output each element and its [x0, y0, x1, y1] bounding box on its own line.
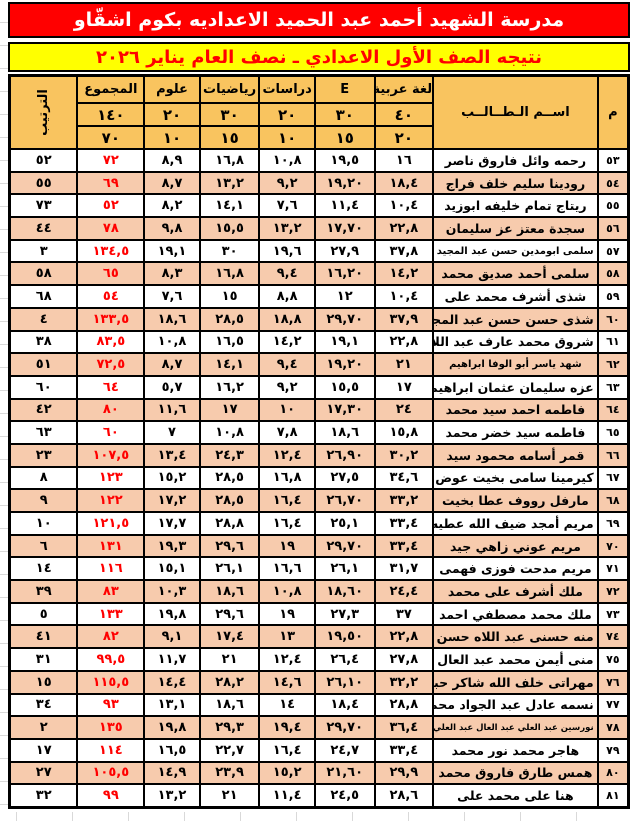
english-mark-cell: ١٩,٢٠: [315, 353, 375, 376]
column-header-studies: دراسات: [259, 76, 315, 104]
science-mark-cell: ١٩,٣: [144, 535, 200, 558]
english-mark-cell: ٢٦,١: [315, 557, 375, 580]
math-mark-cell: ١٨,٦: [200, 580, 260, 603]
science-mark-cell: ١١,٦: [144, 399, 200, 422]
english-mark-cell: ١٩,٥: [315, 149, 375, 172]
serial-cell: ٥٨: [598, 262, 629, 285]
arabic-mark-cell: ٢١: [375, 353, 434, 376]
science-mark-cell: ٨,٩: [144, 149, 200, 172]
science-mark-cell: ١٥,٢: [144, 467, 200, 490]
serial-cell: ٥٤: [598, 172, 629, 195]
math-mark-cell: ٢٨,٥: [200, 467, 260, 490]
studies-mark-cell: ١٦,٦: [259, 557, 315, 580]
student-name-cell: همس طارق فاروق محمد: [433, 762, 598, 785]
arabic-mark-cell: ٣٣,٤: [375, 739, 434, 762]
english-mark-cell: ١٢: [315, 285, 375, 308]
math-mark-cell: ١٦,٨: [200, 262, 260, 285]
science-mark-cell: ١٣,٤: [144, 444, 200, 467]
science-mark-cell: ٧,٦: [144, 285, 200, 308]
science-mark-cell: ١٤,٩: [144, 762, 200, 785]
rank-cell: ٢٧: [10, 762, 78, 785]
rank-cell: ٣٩: [10, 580, 78, 603]
math-mark-cell: ٢٨,٥: [200, 489, 260, 512]
serial-cell: ٦٤: [598, 399, 629, 422]
student-name-cell: ريتاج تمام خليفه ابوزيد: [433, 194, 598, 217]
total-cell: ١١٥,٥: [77, 671, 144, 694]
table-row: ٧٩ هاجر محمد نور محمد ٣٣,٤ ٢٤,٧ ١٦,٤ ٢٢,…: [10, 739, 629, 762]
student-name-cell: منه حسنى عبد اللاه حسن: [433, 625, 598, 648]
science-mark-cell: ١٠,٣: [144, 580, 200, 603]
table-row: ٧٥ منى أيمن محمد عبد العال ٢٧,٨ ٢٦,٤ ١٢,…: [10, 648, 629, 671]
math-mark-cell: ٢٨,٥: [200, 308, 260, 331]
excel-gridline-gutter: [0, 0, 8, 821]
studies-mark-cell: ١٠,٨: [259, 580, 315, 603]
studies-mark-cell: ٨,٨: [259, 285, 315, 308]
table-row: ٨١ هنا على محمد على ٢٨,٦ ٢٤,٥ ١١,٤ ٢١ ١٣…: [10, 784, 629, 807]
column-header-serial: م: [598, 76, 629, 150]
student-name-cell: شذى أشرف محمد على: [433, 285, 598, 308]
arabic-mark-cell: ٢٢,٨: [375, 217, 434, 240]
half-mark-studies: ١٠: [259, 126, 315, 149]
studies-mark-cell: ١٥,٢: [259, 762, 315, 785]
serial-cell: ٥٥: [598, 194, 629, 217]
serial-cell: ٦٧: [598, 467, 629, 490]
total-cell: ٩٣: [77, 694, 144, 717]
english-mark-cell: ٢١,٦٠: [315, 762, 375, 785]
studies-mark-cell: ١٩: [259, 603, 315, 626]
school-title: مدرسة الشهيد أحمد عبد الحميد الاعداديه ب…: [74, 9, 564, 31]
rank-cell: ٢: [10, 716, 78, 739]
math-mark-cell: ٢٩,٣: [200, 716, 260, 739]
english-mark-cell: ١١,٤: [315, 194, 375, 217]
math-mark-cell: ٢٩,٦: [200, 535, 260, 558]
student-name-cell: عزه سليمان عثمان ابراهيم: [433, 376, 598, 399]
column-header-arabic: لغة عربية: [375, 76, 434, 104]
english-mark-cell: ٢٦,١٠: [315, 671, 375, 694]
serial-cell: ٧٤: [598, 625, 629, 648]
studies-mark-cell: ١٣: [259, 625, 315, 648]
studies-mark-cell: ١٢,٤: [259, 648, 315, 671]
full-mark-science: ٢٠: [144, 103, 200, 126]
english-mark-cell: ١٨,٦: [315, 421, 375, 444]
arabic-mark-cell: ٢٢,٨: [375, 625, 434, 648]
math-mark-cell: ٢٨,٢: [200, 671, 260, 694]
english-mark-cell: ٢٥,١: [315, 512, 375, 535]
excel-gridline-footer: [8, 812, 632, 821]
english-mark-cell: ١٩,١: [315, 331, 375, 354]
math-mark-cell: ١٣,٢: [200, 172, 260, 195]
serial-cell: ٧٧: [598, 694, 629, 717]
serial-cell: ٦٥: [598, 421, 629, 444]
math-mark-cell: ٢٤,٣: [200, 444, 260, 467]
student-name-cell: منى أيمن محمد عبد العال: [433, 648, 598, 671]
serial-cell: ٧١: [598, 557, 629, 580]
total-cell: ٦٠: [77, 421, 144, 444]
rank-vertical-label: الترتيب: [36, 89, 51, 136]
arabic-mark-cell: ٢٢,٨: [375, 331, 434, 354]
table-row: ٦١ شروق محمد عارف عبد اللاه ٢٢,٨ ١٩,١ ١٤…: [10, 331, 629, 354]
table-row: ٧٦ مهراتى خلف الله شاكر حبيب ٣٢,٢ ٢٦,١٠ …: [10, 671, 629, 694]
arabic-mark-cell: ٢٨,٦: [375, 784, 434, 807]
student-name-cell: سلمى أحمد صديق محمد: [433, 262, 598, 285]
half-mark-science: ١٠: [144, 126, 200, 149]
english-mark-cell: ٢٤,٥: [315, 784, 375, 807]
math-mark-cell: ١٠,٨: [200, 421, 260, 444]
student-name-cell: ملك محمد مصطفي احمد: [433, 603, 598, 626]
full-mark-arabic: ٤٠: [375, 103, 434, 126]
serial-cell: ٧٠: [598, 535, 629, 558]
table-row: ٥٦ سجدة معتز عز سليمان ٢٢,٨ ١٧,٧٠ ١٣,٢ ١…: [10, 217, 629, 240]
student-name-cell: سلمى ابومدين حسن عبد المجيد: [433, 240, 598, 263]
table-header: م اســم الـطــالــب لغة عربية E دراسات ر…: [10, 76, 629, 150]
full-mark-total: ١٤٠: [77, 103, 144, 126]
science-mark-cell: ١٧,٢: [144, 489, 200, 512]
arabic-mark-cell: ٢٨,٨: [375, 694, 434, 717]
table-row: ٨٠ همس طارق فاروق محمد ٢٩,٩ ٢١,٦٠ ١٥,٢ ٢…: [10, 762, 629, 785]
total-cell: ٦٩: [77, 172, 144, 195]
english-mark-cell: ٢٩,٧٠: [315, 716, 375, 739]
student-name-cell: نسمه عادل عبد الجواد محمد: [433, 694, 598, 717]
table-row: ٧٨ نورسين عبد العلي عبد العال عبد العلي …: [10, 716, 629, 739]
science-mark-cell: ٨,٢: [144, 194, 200, 217]
arabic-mark-cell: ١٦: [375, 149, 434, 172]
science-mark-cell: ١٥,١: [144, 557, 200, 580]
arabic-mark-cell: ١٨,٤: [375, 172, 434, 195]
total-cell: ٥٢: [77, 194, 144, 217]
science-mark-cell: ١٧,٧: [144, 512, 200, 535]
english-mark-cell: ١٦,٢٠: [315, 262, 375, 285]
table-row: ٥٧ سلمى ابومدين حسن عبد المجيد ٣٧,٨ ٢٧,٩…: [10, 240, 629, 263]
student-name-cell: مريم مدحت فوزى فهمى: [433, 557, 598, 580]
total-cell: ١٣١: [77, 535, 144, 558]
science-mark-cell: ١٩,٨: [144, 603, 200, 626]
serial-cell: ٦٠: [598, 308, 629, 331]
full-mark-math: ٣٠: [200, 103, 260, 126]
studies-mark-cell: ١٠,٨: [259, 149, 315, 172]
serial-cell: ٧٩: [598, 739, 629, 762]
result-subtitle-banner: نتيجه الصف الأول الاعدادي ـ نصف العام ين…: [8, 42, 630, 72]
total-cell: ١٢١,٥: [77, 512, 144, 535]
total-cell: ١٣٥: [77, 716, 144, 739]
results-table: م اســم الـطــالــب لغة عربية E دراسات ر…: [8, 74, 630, 809]
english-mark-cell: ٢٩,٧٠: [315, 308, 375, 331]
table-row: ٦٤ فاطمه احمد سيد محمد ٢٤ ١٧,٣٠ ١٠ ١٧ ١١…: [10, 399, 629, 422]
arabic-mark-cell: ٢٩,٩: [375, 762, 434, 785]
total-cell: ١٣٤,٥: [77, 240, 144, 263]
science-mark-cell: ١١,٧: [144, 648, 200, 671]
arabic-mark-cell: ١٧: [375, 376, 434, 399]
total-cell: ١١٤: [77, 739, 144, 762]
total-cell: ٨٣: [77, 580, 144, 603]
table-row: ٦٨ مارفل رووف عطا بخيت ٣٣,٢ ٢٦,٧٠ ١٦,٤ ٢…: [10, 489, 629, 512]
arabic-mark-cell: ٢٤: [375, 399, 434, 422]
math-mark-cell: ٢١: [200, 784, 260, 807]
studies-mark-cell: ١٩,٤: [259, 716, 315, 739]
rank-cell: ٦٨: [10, 285, 78, 308]
science-mark-cell: ٧: [144, 421, 200, 444]
total-cell: ٨٠: [77, 399, 144, 422]
serial-cell: ٦٢: [598, 353, 629, 376]
math-mark-cell: ٣٠: [200, 240, 260, 263]
total-cell: ١٣٣: [77, 603, 144, 626]
arabic-mark-cell: ١٠,٤: [375, 194, 434, 217]
studies-mark-cell: ١٤,٢: [259, 331, 315, 354]
student-name-cell: رحمه وائل فاروق ناصر: [433, 149, 598, 172]
table-row: ٥٣ رحمه وائل فاروق ناصر ١٦ ١٩,٥ ١٠,٨ ١٦,…: [10, 149, 629, 172]
math-mark-cell: ١٦,٥: [200, 331, 260, 354]
rank-cell: ٤٢: [10, 399, 78, 422]
math-mark-cell: ١٥: [200, 285, 260, 308]
serial-cell: ٦٣: [598, 376, 629, 399]
science-mark-cell: ١٣,٢: [144, 784, 200, 807]
rank-cell: ٨: [10, 467, 78, 490]
table-row: ٥٨ سلمى أحمد صديق محمد ١٤,٢ ١٦,٢٠ ٩,٤ ١٦…: [10, 262, 629, 285]
arabic-mark-cell: ٣٤,٦: [375, 467, 434, 490]
rank-cell: ٤: [10, 308, 78, 331]
science-mark-cell: ١٣,١: [144, 694, 200, 717]
english-mark-cell: ٢٦,٧٠: [315, 489, 375, 512]
studies-mark-cell: ١٩,٦: [259, 240, 315, 263]
full-mark-studies: ٢٠: [259, 103, 315, 126]
student-name-cell: مريم أمجد ضيف الله عطيه: [433, 512, 598, 535]
arabic-mark-cell: ٣١,٧: [375, 557, 434, 580]
science-mark-cell: ٩,٨: [144, 217, 200, 240]
math-mark-cell: ٢٩,٦: [200, 603, 260, 626]
total-cell: ١١٦: [77, 557, 144, 580]
column-header-english: E: [315, 76, 375, 104]
studies-mark-cell: ١٦,٨: [259, 467, 315, 490]
english-mark-cell: ٢٩,٧٠: [315, 535, 375, 558]
serial-cell: ٦١: [598, 331, 629, 354]
rank-cell: ٣٤: [10, 694, 78, 717]
table-row: ٥٩ شذى أشرف محمد على ١٠,٤ ١٢ ٨,٨ ١٥ ٧,٦ …: [10, 285, 629, 308]
rank-cell: ٤٤: [10, 217, 78, 240]
serial-cell: ٥٣: [598, 149, 629, 172]
student-name-cell: سجدة معتز عز سليمان: [433, 217, 598, 240]
total-cell: ٧٢,٥: [77, 353, 144, 376]
english-mark-cell: ١٨,٤: [315, 694, 375, 717]
rank-cell: ٣٢: [10, 784, 78, 807]
serial-cell: ٧٦: [598, 671, 629, 694]
table-row: ٧٧ نسمه عادل عبد الجواد محمد ٢٨,٨ ١٨,٤ ١…: [10, 694, 629, 717]
science-mark-cell: ١٩,٨: [144, 716, 200, 739]
rank-cell: ٥٢: [10, 149, 78, 172]
rank-cell: ٩: [10, 489, 78, 512]
total-cell: ٥٤: [77, 285, 144, 308]
studies-mark-cell: ١٤,٦: [259, 671, 315, 694]
table-row: ٦٢ شهد ياسر أبو الوفا ابراهيم ٢١ ١٩,٢٠ ٩…: [10, 353, 629, 376]
serial-cell: ٦٦: [598, 444, 629, 467]
studies-mark-cell: ٩,٢: [259, 172, 315, 195]
math-mark-cell: ٢٣,٩: [200, 762, 260, 785]
student-name-cell: ملك أشرف على محمد: [433, 580, 598, 603]
spreadsheet-page: مدرسة الشهيد أحمد عبد الحميد الاعداديه ب…: [0, 0, 632, 821]
math-mark-cell: ٢٦,١: [200, 557, 260, 580]
total-cell: ٨٣,٥: [77, 331, 144, 354]
total-cell: ٩٩: [77, 784, 144, 807]
studies-mark-cell: ٩,٤: [259, 262, 315, 285]
rank-cell: ٣: [10, 240, 78, 263]
rank-cell: ٥٨: [10, 262, 78, 285]
english-mark-cell: ١٩,٢٠: [315, 172, 375, 195]
math-mark-cell: ١٥,٥: [200, 217, 260, 240]
student-name-cell: مارفل رووف عطا بخيت: [433, 489, 598, 512]
rank-cell: ٧٣: [10, 194, 78, 217]
science-mark-cell: ١٨,٦: [144, 308, 200, 331]
studies-mark-cell: ١٦,٤: [259, 739, 315, 762]
english-mark-cell: ١٧,٧٠: [315, 217, 375, 240]
science-mark-cell: ١٦,٥: [144, 739, 200, 762]
arabic-mark-cell: ١٠,٤: [375, 285, 434, 308]
rank-cell: ٤١: [10, 625, 78, 648]
studies-mark-cell: ١٦,٤: [259, 512, 315, 535]
column-header-science: علوم: [144, 76, 200, 104]
school-title-banner: مدرسة الشهيد أحمد عبد الحميد الاعداديه ب…: [8, 2, 630, 38]
student-name-cell: مهراتى خلف الله شاكر حبيب: [433, 671, 598, 694]
column-header-math: رياضيات: [200, 76, 260, 104]
arabic-mark-cell: ٢٤,٤: [375, 580, 434, 603]
total-cell: ٧٢: [77, 149, 144, 172]
student-name-cell: فاطمه احمد سيد محمد: [433, 399, 598, 422]
table-row: ٦٠ شذى حسن حسن عبد المجيد ٣٧,٩ ٢٩,٧٠ ١٨,…: [10, 308, 629, 331]
arabic-mark-cell: ١٤,٢: [375, 262, 434, 285]
serial-cell: ٨١: [598, 784, 629, 807]
serial-cell: ٦٩: [598, 512, 629, 535]
english-mark-cell: ١٩,٥٠: [315, 625, 375, 648]
science-mark-cell: ٩,١: [144, 625, 200, 648]
english-mark-cell: ١٥,٥: [315, 376, 375, 399]
serial-cell: ٦٨: [598, 489, 629, 512]
student-name-cell: شروق محمد عارف عبد اللاه: [433, 331, 598, 354]
student-name-cell: قمر أسامه محمود سيد: [433, 444, 598, 467]
math-mark-cell: ١٧,٤: [200, 625, 260, 648]
table-row: ٦٥ فاطمه سيد خضر محمد ١٥,٨ ١٨,٦ ٧,٨ ١٠,٨…: [10, 421, 629, 444]
rank-cell: ٢٣: [10, 444, 78, 467]
serial-cell: ٥٦: [598, 217, 629, 240]
serial-cell: ٨٠: [598, 762, 629, 785]
science-mark-cell: ٨,٧: [144, 353, 200, 376]
result-subtitle: نتيجه الصف الأول الاعدادي ـ نصف العام ين…: [96, 47, 542, 68]
math-mark-cell: ١٨,٦: [200, 694, 260, 717]
half-mark-english: ١٥: [315, 126, 375, 149]
math-mark-cell: ١٦,٢: [200, 376, 260, 399]
math-mark-cell: ١٤,١: [200, 194, 260, 217]
rank-cell: ٣٨: [10, 331, 78, 354]
rank-cell: ١٤: [10, 557, 78, 580]
student-name-cell: هاجر محمد نور محمد: [433, 739, 598, 762]
student-name-cell: هنا على محمد على: [433, 784, 598, 807]
rank-cell: ١٥: [10, 671, 78, 694]
english-mark-cell: ٢٧,٥: [315, 467, 375, 490]
english-mark-cell: ٢٤,٧: [315, 739, 375, 762]
table-row: ٧٢ ملك أشرف على محمد ٢٤,٤ ١٨,٦٠ ١٠,٨ ١٨,…: [10, 580, 629, 603]
science-mark-cell: ٨,٧: [144, 172, 200, 195]
arabic-mark-cell: ٣٣,٤: [375, 535, 434, 558]
total-cell: ١٣٣,٥: [77, 308, 144, 331]
math-mark-cell: ١٧: [200, 399, 260, 422]
student-rows: ٥٣ رحمه وائل فاروق ناصر ١٦ ١٩,٥ ١٠,٨ ١٦,…: [10, 149, 629, 807]
table-row: ٥٥ ريتاج تمام خليفه ابوزيد ١٠,٤ ١١,٤ ٧,٦…: [10, 194, 629, 217]
table-row: ٥٤ رودينا سليم خلف فراج ١٨,٤ ١٩,٢٠ ٩,٢ ١…: [10, 172, 629, 195]
studies-mark-cell: ١٩: [259, 535, 315, 558]
science-mark-cell: ١٤,٤: [144, 671, 200, 694]
rank-cell: ٥: [10, 603, 78, 626]
science-mark-cell: ١٠,٨: [144, 331, 200, 354]
math-mark-cell: ٢١: [200, 648, 260, 671]
table-row: ٦٣ عزه سليمان عثمان ابراهيم ١٧ ١٥,٥ ٩,٢ …: [10, 376, 629, 399]
english-mark-cell: ١٨,٦٠: [315, 580, 375, 603]
math-mark-cell: ٢٨,٨: [200, 512, 260, 535]
math-mark-cell: ٢٢,٧: [200, 739, 260, 762]
studies-mark-cell: ٩,٢: [259, 376, 315, 399]
rank-cell: ٦: [10, 535, 78, 558]
arabic-mark-cell: ٣٣,٢: [375, 489, 434, 512]
half-mark-total: ٧٠: [77, 126, 144, 149]
column-header-total: المجموع: [77, 76, 144, 104]
student-name-cell: رودينا سليم خلف فراج: [433, 172, 598, 195]
total-cell: ١٠٧,٥: [77, 444, 144, 467]
arabic-mark-cell: ٣٧,٩: [375, 308, 434, 331]
column-header-rank: الترتيب: [10, 76, 78, 150]
table-row: ٦٦ قمر أسامه محمود سيد ٣٠,٢ ٢٦,٩٠ ١٢,٤ ٢…: [10, 444, 629, 467]
serial-cell: ٧٣: [598, 603, 629, 626]
total-cell: ٦٥: [77, 262, 144, 285]
studies-mark-cell: ١٢,٤: [259, 444, 315, 467]
arabic-mark-cell: ١٥,٨: [375, 421, 434, 444]
student-name-cell: شهد ياسر أبو الوفا ابراهيم: [433, 353, 598, 376]
studies-mark-cell: ٧,٦: [259, 194, 315, 217]
arabic-mark-cell: ٣٣,٤: [375, 512, 434, 535]
studies-mark-cell: ١٤: [259, 694, 315, 717]
math-mark-cell: ١٤,١: [200, 353, 260, 376]
english-mark-cell: ٢٧,٣: [315, 603, 375, 626]
total-cell: ١٠٥,٥: [77, 762, 144, 785]
table-row: ٧١ مريم مدحت فوزى فهمى ٣١,٧ ٢٦,١ ١٦,٦ ٢٦…: [10, 557, 629, 580]
arabic-mark-cell: ٣٦,٤: [375, 716, 434, 739]
total-cell: ١٢٣: [77, 467, 144, 490]
total-cell: ١٢٢: [77, 489, 144, 512]
science-mark-cell: ٥,٧: [144, 376, 200, 399]
result-sheet: مدرسة الشهيد أحمد عبد الحميد الاعداديه ب…: [8, 2, 630, 809]
studies-mark-cell: ٩,٤: [259, 353, 315, 376]
rank-cell: ٣١: [10, 648, 78, 671]
serial-cell: ٥٩: [598, 285, 629, 308]
rank-cell: ٥٥: [10, 172, 78, 195]
rank-cell: ١٧: [10, 739, 78, 762]
table-row: ٧٤ منه حسنى عبد اللاه حسن ٢٢,٨ ١٩,٥٠ ١٣ …: [10, 625, 629, 648]
english-mark-cell: ٢٧,٩: [315, 240, 375, 263]
arabic-mark-cell: ٢٧,٨: [375, 648, 434, 671]
arabic-mark-cell: ٣٧,٨: [375, 240, 434, 263]
science-mark-cell: ١٩,١: [144, 240, 200, 263]
rank-cell: ٦٠: [10, 376, 78, 399]
rank-cell: ٦٣: [10, 421, 78, 444]
student-name-cell: شذى حسن حسن عبد المجيد: [433, 308, 598, 331]
arabic-mark-cell: ٣٧: [375, 603, 434, 626]
total-cell: ٧٨: [77, 217, 144, 240]
half-mark-math: ١٥: [200, 126, 260, 149]
table-row: ٧٣ ملك محمد مصطفي احمد ٣٧ ٢٧,٣ ١٩ ٢٩,٦ ١…: [10, 603, 629, 626]
table-row: ٦٩ مريم أمجد ضيف الله عطيه ٣٣,٤ ٢٥,١ ١٦,…: [10, 512, 629, 535]
rank-cell: ١٠: [10, 512, 78, 535]
rank-cell: ٥١: [10, 353, 78, 376]
english-mark-cell: ١٧,٣٠: [315, 399, 375, 422]
studies-mark-cell: ١٣,٢: [259, 217, 315, 240]
total-cell: ٨٢: [77, 625, 144, 648]
column-header-student-name: اســم الـطــالــب: [433, 76, 598, 150]
total-cell: ٩٩,٥: [77, 648, 144, 671]
half-mark-arabic: ٢٠: [375, 126, 434, 149]
